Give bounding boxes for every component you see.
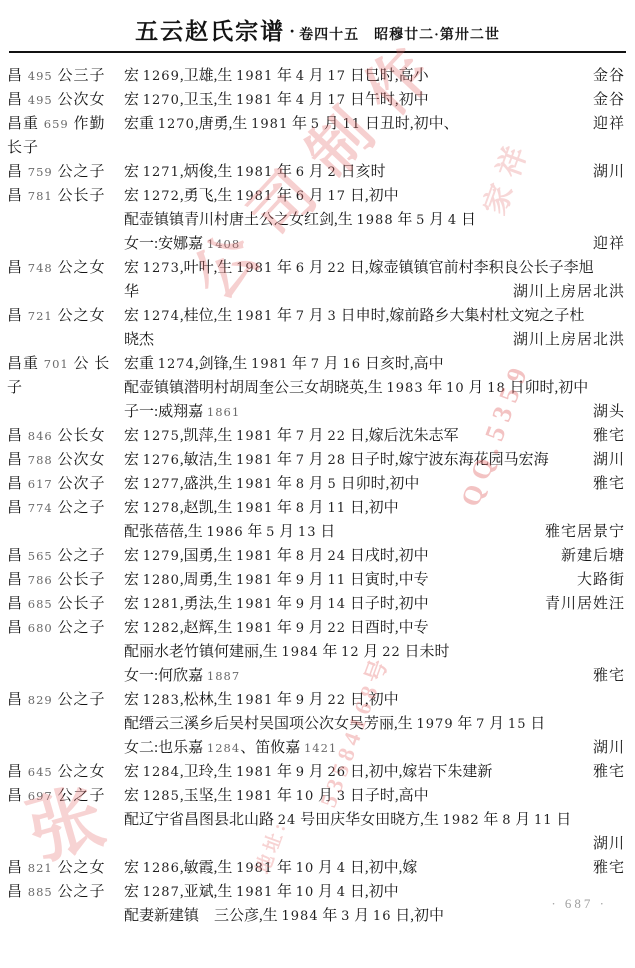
person-record-cell: 华 — [124, 280, 513, 304]
person-record-cell: 女二:也乐嘉 1284、笛攸嘉 1421 — [124, 736, 593, 760]
residence-cell — [625, 208, 635, 232]
genealogy-line: 昌 697 公之子宏 1285,玉坚,生 1981 年 10 月 3 日子时,高… — [0, 784, 635, 808]
relation-cell: 昌 788 公次女 — [0, 448, 124, 472]
person-record-cell: 配妻新建镇 三公彦,生 1984 年 3 月 16 日,初中 — [124, 904, 625, 928]
residence-cell — [625, 616, 635, 640]
person-record-cell: 宏 1285,玉坚,生 1981 年 10 月 3 日子时,高中 — [124, 784, 625, 808]
person-record-cell: 宏 1275,凯萍,生 1981 年 7 月 22 日,嫁后沈朱志军 — [124, 424, 593, 448]
residence-cell: 湖川 — [593, 832, 635, 856]
relation-cell: 昌 759 公之子 — [0, 160, 124, 184]
residence-cell: 湖川上房居北洪 — [513, 280, 635, 304]
residence-cell: 金谷 — [593, 64, 635, 88]
person-record-cell: 宏 1284,卫玲,生 1981 年 9 月 26 日,初中,嫁岩下朱建新 — [124, 760, 593, 784]
person-record-cell: 宏 1281,勇法,生 1981 年 9 月 14 日子时,初中 — [124, 592, 545, 616]
person-record-cell: 宏 1278,赵凯,生 1981 年 8 月 11 日,初中 — [124, 496, 625, 520]
relation-cell — [0, 808, 124, 832]
residence-cell: 雅宅居景宁 — [545, 520, 635, 544]
relation-cell: 昌 495 公三子 — [0, 64, 124, 88]
relation-cell — [0, 832, 124, 856]
residence-cell — [625, 304, 635, 328]
person-record-cell: 宏 1286,敏霞,生 1981 年 10 月 4 日,初中,嫁 — [124, 856, 593, 880]
genealogy-line: 配妻新建镇 三公彦,生 1984 年 3 月 16 日,初中 — [0, 904, 635, 928]
genealogy-line: 配辽宁省昌图县北山路 24 号田庆华女田晓方,生 1982 年 8 月 11 日 — [0, 808, 635, 832]
residence-cell: 迎祥 — [593, 112, 635, 136]
genealogy-line: 女一:何欣嘉 1887雅宅 — [0, 664, 635, 688]
relation-cell — [0, 904, 124, 928]
genealogy-records: 昌 495 公三子宏 1269,卫雄,生 1981 年 4 月 17 日巳时,高… — [0, 53, 635, 928]
book-title: 五云赵氏宗谱 — [135, 19, 285, 44]
person-record-cell: 宏 1277,盛洪,生 1981 年 8 月 5 日卯时,初中 — [124, 472, 593, 496]
person-record-cell: 宏 1279,国勇,生 1981 年 8 月 24 日戌时,初中 — [124, 544, 561, 568]
person-record-cell: 女一:何欣嘉 1887 — [124, 664, 593, 688]
person-record-cell: 配丽水老竹镇何建丽,生 1984 年 12 月 22 日未时 — [124, 640, 625, 664]
genealogy-line: 昌 885 公之子宏 1287,亚斌,生 1981 年 10 月 4 日,初中 — [0, 880, 635, 904]
genealogy-line: 昌 829 公之子宏 1283,松林,生 1981 年 9 月 22 日,初中 — [0, 688, 635, 712]
relation-cell — [0, 328, 124, 352]
relation-cell: 昌重 659 作勤 — [0, 112, 124, 136]
genealogy-line: 昌 495 公次女宏 1270,卫玉,生 1981 年 4 月 17 日午时,初… — [0, 88, 635, 112]
relation-cell: 昌 645 公之女 — [0, 760, 124, 784]
genealogy-line: 昌 846 公长女宏 1275,凯萍,生 1981 年 7 月 22 日,嫁后沈… — [0, 424, 635, 448]
relation-cell — [0, 208, 124, 232]
genealogy-line: 昌 748 公之女宏 1273,叶叶,生 1981 年 6 月 22 日,嫁壶镇… — [0, 256, 635, 280]
page-content: 五云赵氏宗谱·卷四十五 昭穆廿二·第卅二世 昌 495 公三子宏 1269,卫雄… — [0, 0, 635, 928]
relation-cell: 昌 829 公之子 — [0, 688, 124, 712]
genealogy-line: 华湖川上房居北洪 — [0, 280, 635, 304]
residence-cell: 新建后塘 — [561, 544, 635, 568]
person-record-cell: 宏 1276,敏洁,生 1981 年 7 月 28 日子时,嫁宁波东海花园马宏海 — [124, 448, 593, 472]
relation-cell: 子 — [0, 376, 124, 400]
person-record-cell: 宏 1270,卫玉,生 1981 年 4 月 17 日午时,初中 — [124, 88, 593, 112]
residence-cell: 湖川 — [593, 736, 635, 760]
person-record-cell — [124, 832, 593, 856]
relation-cell — [0, 232, 124, 256]
genealogy-line: 女一:安娜嘉 1408迎祥 — [0, 232, 635, 256]
genealogy-line: 子配壶镇镇潜明村胡周奎公三女胡晓英,生 1983 年 10 月 18 日卯时,初… — [0, 376, 635, 400]
person-record-cell: 配壶镇镇青川村唐土公之女红剑,生 1988 年 5 月 4 日 — [124, 208, 625, 232]
residence-cell: 雅宅 — [593, 424, 635, 448]
residence-cell: 雅宅 — [593, 664, 635, 688]
volume-subtitle: 卷四十五 昭穆廿二·第卅二世 — [299, 28, 500, 43]
person-record-cell: 宏重 1270,唐勇,生 1981 年 5 月 11 日丑时,初中、 — [124, 112, 593, 136]
relation-cell — [0, 640, 124, 664]
genealogy-line: 昌 774 公之子宏 1278,赵凯,生 1981 年 8 月 11 日,初中 — [0, 496, 635, 520]
residence-cell: 金谷 — [593, 88, 635, 112]
genealogy-line: 湖川 — [0, 832, 635, 856]
residence-cell — [625, 376, 635, 400]
relation-cell — [0, 400, 124, 424]
residence-cell — [625, 496, 635, 520]
residence-cell — [625, 688, 635, 712]
person-record-cell — [124, 136, 625, 160]
relation-cell: 昌 680 公之子 — [0, 616, 124, 640]
person-record-cell: 宏 1273,叶叶,生 1981 年 6 月 22 日,嫁壶镇镇官前村李积良公长… — [124, 256, 625, 280]
genealogy-line: 昌 680 公之子宏 1282,赵辉,生 1981 年 9 月 22 日酉时,中… — [0, 616, 635, 640]
residence-cell — [625, 184, 635, 208]
residence-cell: 迎祥 — [593, 232, 635, 256]
person-record-cell: 配辽宁省昌图县北山路 24 号田庆华女田晓方,生 1982 年 8 月 11 日 — [124, 808, 625, 832]
relation-cell: 昌 781 公长子 — [0, 184, 124, 208]
residence-cell — [625, 352, 635, 376]
person-record-cell: 宏 1269,卫雄,生 1981 年 4 月 17 日巳时,高小 — [124, 64, 593, 88]
genealogy-line: 昌 788 公次女宏 1276,敏洁,生 1981 年 7 月 28 日子时,嫁… — [0, 448, 635, 472]
genealogy-line: 昌 759 公之子宏 1271,炳俊,生 1981 年 6 月 2 日亥时湖川 — [0, 160, 635, 184]
relation-cell — [0, 280, 124, 304]
relation-cell: 昌 885 公之子 — [0, 880, 124, 904]
person-record-cell: 晓杰 — [124, 328, 513, 352]
genealogy-line: 子一:威翔嘉 1861湖头 — [0, 400, 635, 424]
person-record-cell: 宏 1274,桂位,生 1981 年 7 月 3 日申时,嫁前路乡大集村杜文宛之… — [124, 304, 625, 328]
relation-cell: 昌重 701 公 长 — [0, 352, 124, 376]
person-record-cell: 宏 1271,炳俊,生 1981 年 6 月 2 日亥时 — [124, 160, 593, 184]
residence-cell — [625, 256, 635, 280]
relation-cell: 昌 748 公之女 — [0, 256, 124, 280]
genealogy-line: 晓杰湖川上房居北洪 — [0, 328, 635, 352]
genealogy-line: 昌 495 公三子宏 1269,卫雄,生 1981 年 4 月 17 日巳时,高… — [0, 64, 635, 88]
residence-cell: 湖川上房居北洪 — [513, 328, 635, 352]
relation-cell: 昌 495 公次女 — [0, 88, 124, 112]
genealogy-line: 昌 786 公长子宏 1280,周勇,生 1981 年 9 月 11 日寅时,中… — [0, 568, 635, 592]
person-record-cell: 宏 1287,亚斌,生 1981 年 10 月 4 日,初中 — [124, 880, 625, 904]
genealogy-line: 长子 — [0, 136, 635, 160]
residence-cell — [625, 640, 635, 664]
genealogy-line: 昌重 659 作勤宏重 1270,唐勇,生 1981 年 5 月 11 日丑时,… — [0, 112, 635, 136]
genealogy-line: 昌 645 公之女宏 1284,卫玲,生 1981 年 9 月 26 日,初中,… — [0, 760, 635, 784]
title-separator-dot: · — [289, 21, 295, 41]
relation-cell: 昌 786 公长子 — [0, 568, 124, 592]
genealogy-line: 昌 721 公之女宏 1274,桂位,生 1981 年 7 月 3 日申时,嫁前… — [0, 304, 635, 328]
genealogy-line: 昌 821 公之女宏 1286,敏霞,生 1981 年 10 月 4 日,初中,… — [0, 856, 635, 880]
genealogy-line: 昌 685 公长子宏 1281,勇法,生 1981 年 9 月 14 日子时,初… — [0, 592, 635, 616]
genealogy-line: 女二:也乐嘉 1284、笛攸嘉 1421湖川 — [0, 736, 635, 760]
residence-cell: 湖川 — [593, 448, 635, 472]
residence-cell — [625, 784, 635, 808]
relation-cell: 昌 617 公次子 — [0, 472, 124, 496]
person-record-cell: 配缙云三溪乡后吴村吴国项公次女吴芳丽,生 1979 年 7 月 15 日 — [124, 712, 625, 736]
genealogy-line: 配张蓓蓓,生 1986 年 5 月 13 日雅宅居景宁 — [0, 520, 635, 544]
relation-cell — [0, 520, 124, 544]
residence-cell — [625, 880, 635, 904]
residence-cell: 湖头 — [593, 400, 635, 424]
person-record-cell: 宏 1280,周勇,生 1981 年 9 月 11 日寅时,中专 — [124, 568, 577, 592]
relation-cell — [0, 736, 124, 760]
relation-cell: 昌 685 公长子 — [0, 592, 124, 616]
relation-cell — [0, 664, 124, 688]
residence-cell — [625, 136, 635, 160]
relation-cell: 昌 565 公之子 — [0, 544, 124, 568]
person-record-cell: 宏 1283,松林,生 1981 年 9 月 22 日,初中 — [124, 688, 625, 712]
relation-cell: 昌 774 公之子 — [0, 496, 124, 520]
residence-cell: 雅宅 — [593, 472, 635, 496]
residence-cell — [625, 808, 635, 832]
person-record-cell: 子一:威翔嘉 1861 — [124, 400, 593, 424]
relation-cell: 昌 846 公长女 — [0, 424, 124, 448]
genealogy-line: 配壶镇镇青川村唐土公之女红剑,生 1988 年 5 月 4 日 — [0, 208, 635, 232]
page-number: · 687 · — [551, 896, 607, 912]
residence-cell — [625, 904, 635, 928]
person-record-cell: 宏 1272,勇飞,生 1981 年 6 月 17 日,初中 — [124, 184, 625, 208]
residence-cell: 大路街 — [577, 568, 635, 592]
residence-cell: 雅宅 — [593, 760, 635, 784]
genealogy-line: 昌 565 公之子宏 1279,国勇,生 1981 年 8 月 24 日戌时,初… — [0, 544, 635, 568]
relation-cell: 长子 — [0, 136, 124, 160]
person-record-cell: 宏重 1274,剑锋,生 1981 年 7 月 16 日亥时,高中 — [124, 352, 625, 376]
residence-cell: 湖川 — [593, 160, 635, 184]
page-header: 五云赵氏宗谱·卷四十五 昭穆廿二·第卅二世 — [0, 0, 635, 46]
genealogy-line: 配缙云三溪乡后吴村吴国项公次女吴芳丽,生 1979 年 7 月 15 日 — [0, 712, 635, 736]
genealogy-page: 公司制作 QQ.5359 53584168号 地址: 张 家祥 五云赵氏宗谱·卷… — [0, 0, 635, 968]
person-record-cell: 女一:安娜嘉 1408 — [124, 232, 593, 256]
residence-cell — [625, 712, 635, 736]
relation-cell: 昌 697 公之子 — [0, 784, 124, 808]
residence-cell: 青川居姓汪 — [545, 592, 635, 616]
person-record-cell: 配张蓓蓓,生 1986 年 5 月 13 日 — [124, 520, 545, 544]
genealogy-line: 昌 617 公次子宏 1277,盛洪,生 1981 年 8 月 5 日卯时,初中… — [0, 472, 635, 496]
genealogy-line: 昌 781 公长子宏 1272,勇飞,生 1981 年 6 月 17 日,初中 — [0, 184, 635, 208]
residence-cell: 雅宅 — [593, 856, 635, 880]
person-record-cell: 宏 1282,赵辉,生 1981 年 9 月 22 日酉时,中专 — [124, 616, 625, 640]
relation-cell: 昌 721 公之女 — [0, 304, 124, 328]
relation-cell — [0, 712, 124, 736]
genealogy-line: 配丽水老竹镇何建丽,生 1984 年 12 月 22 日未时 — [0, 640, 635, 664]
genealogy-line: 昌重 701 公 长宏重 1274,剑锋,生 1981 年 7 月 16 日亥时… — [0, 352, 635, 376]
person-record-cell: 配壶镇镇潜明村胡周奎公三女胡晓英,生 1983 年 10 月 18 日卯时,初中 — [124, 376, 625, 400]
relation-cell: 昌 821 公之女 — [0, 856, 124, 880]
